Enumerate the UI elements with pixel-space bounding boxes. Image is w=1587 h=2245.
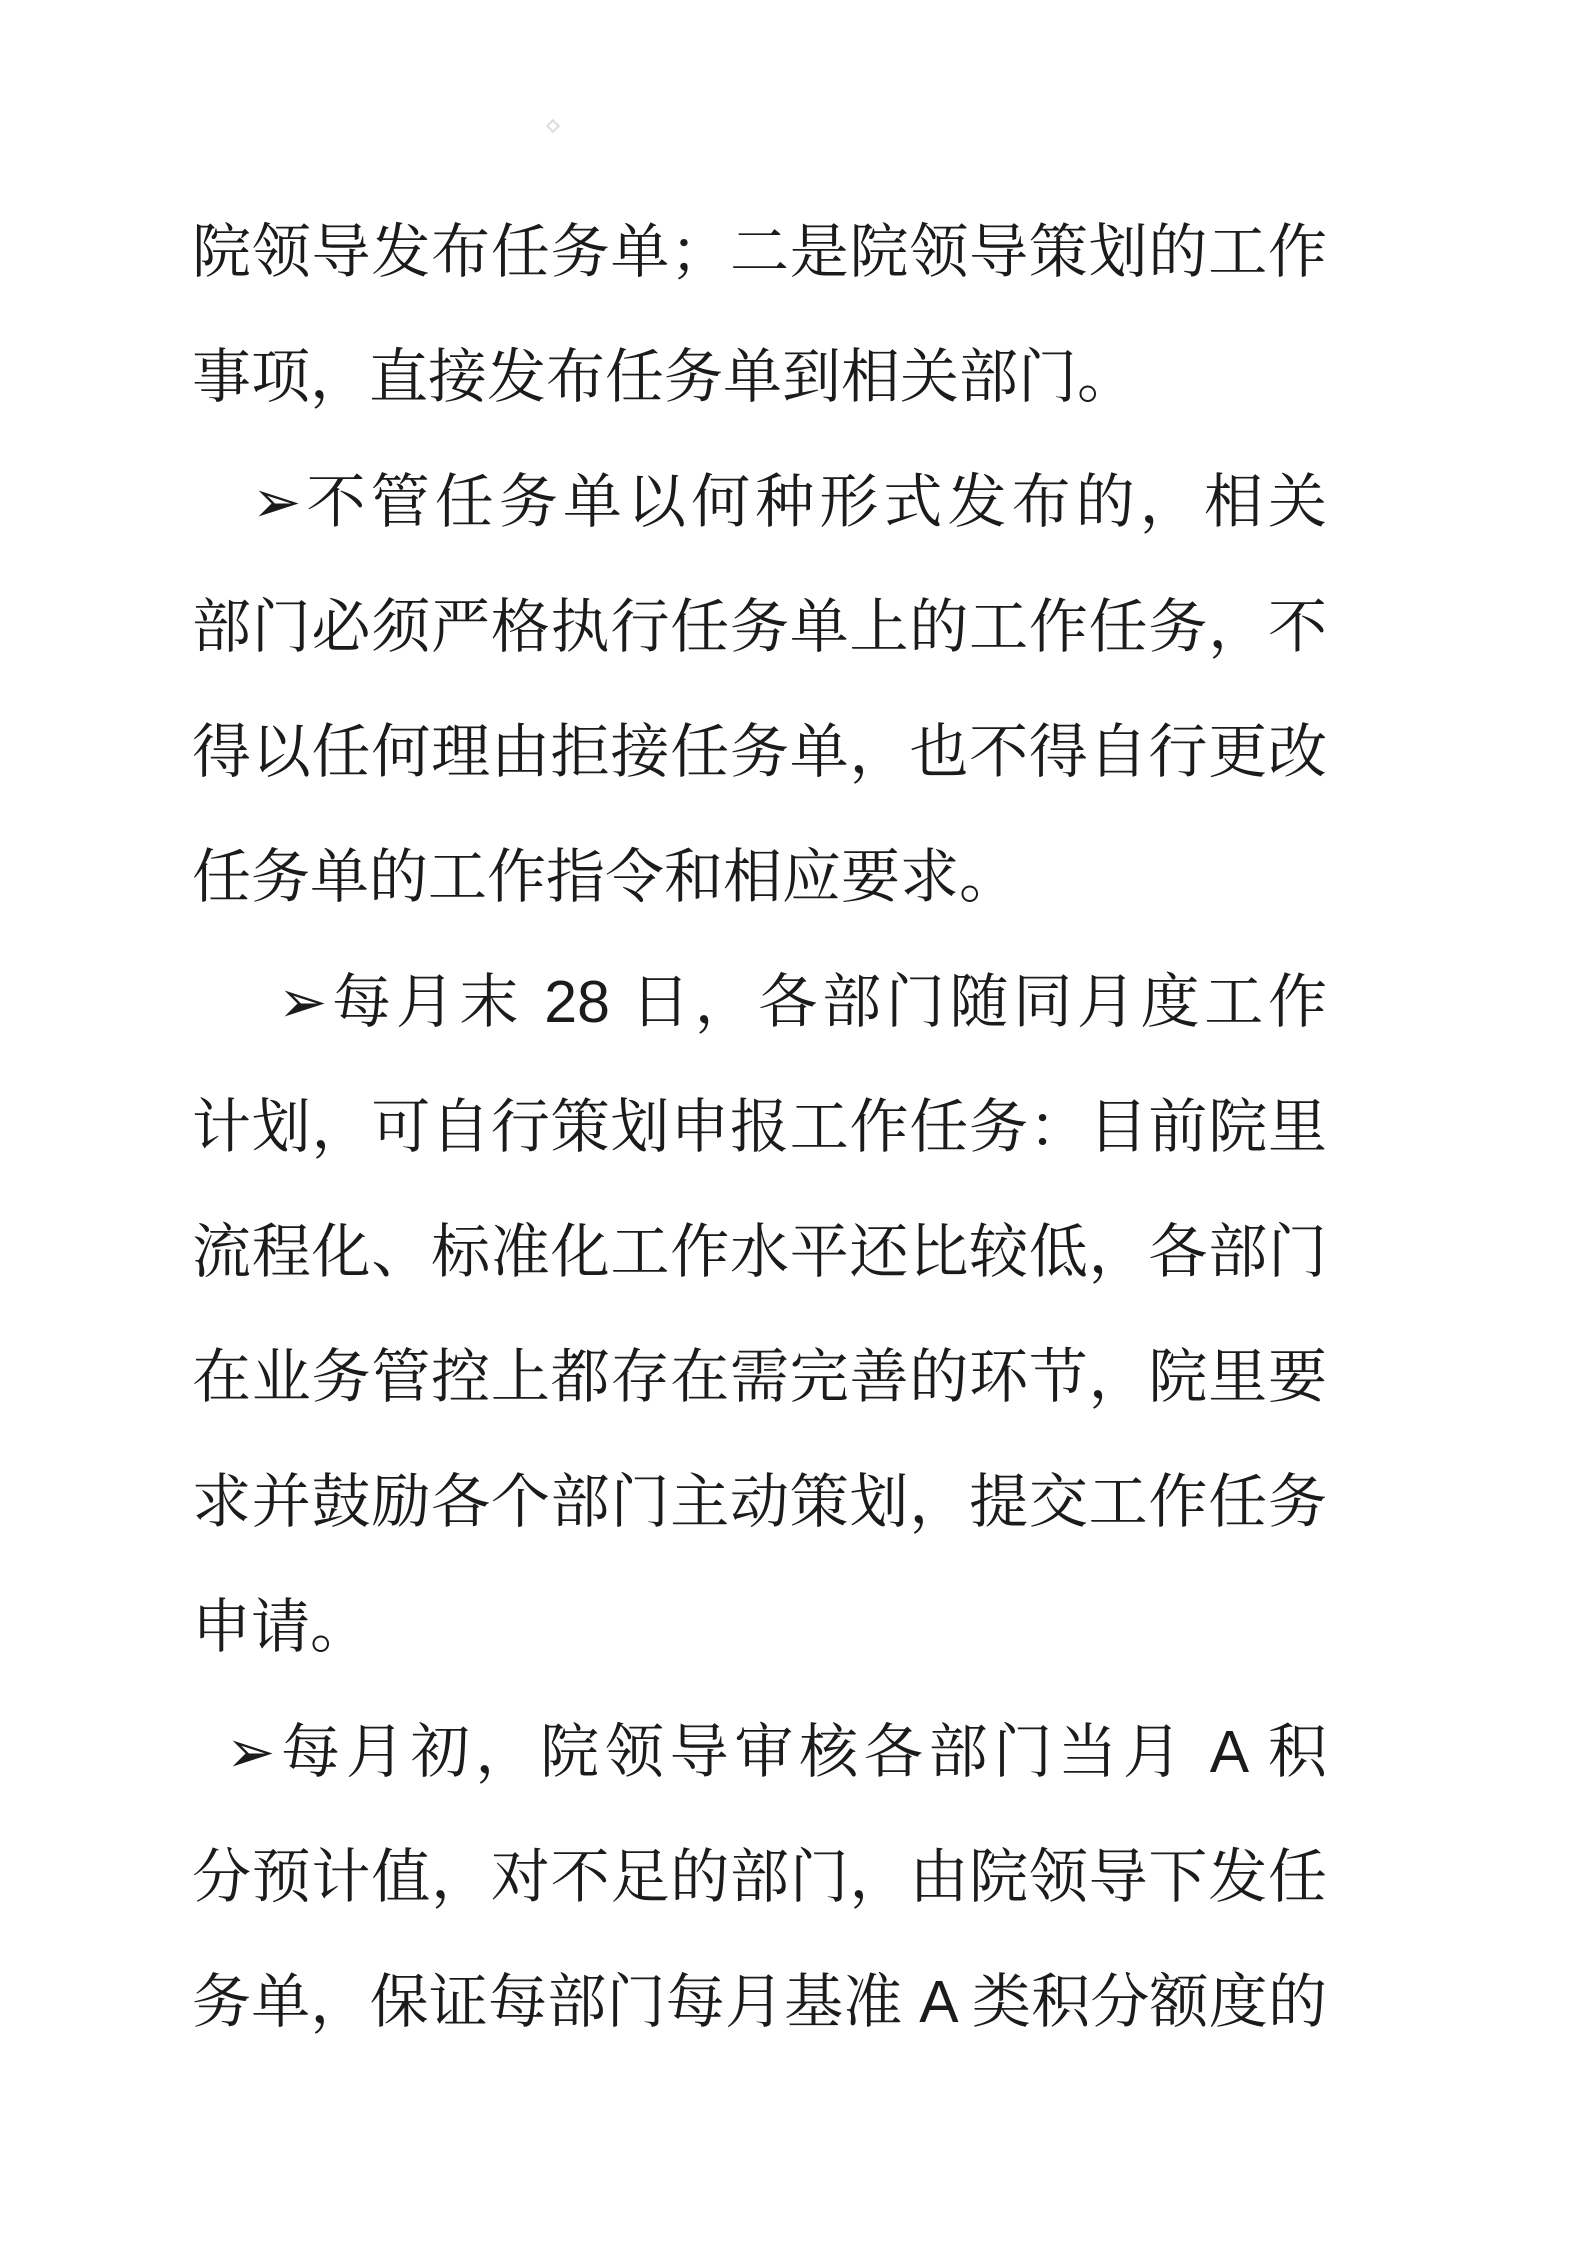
text-line: 在业务管控上都存在需完善的环节，院里要 <box>192 1315 1327 1440</box>
text-line: 求并鼓励各个部门主动策划，提交工作任务 <box>192 1440 1327 1565</box>
text-line: 计划，可自行策划申报工作任务：目前院里 <box>192 1065 1327 1190</box>
scan-artifact-mark <box>546 119 560 133</box>
text-line: 流程化、标准化工作水平还比较低，各部门 <box>192 1190 1327 1315</box>
text-line: 得以任何理由拒接任务单，也不得自行更改 <box>192 690 1327 815</box>
bullet-text-line: ➢每月初，院领导审核各部门当月 A 积 <box>192 1690 1327 1815</box>
page-content: 院领导发布任务单；二是院领导策划的工作 事项，直接发布任务单到相关部门。 ➢不管… <box>192 190 1327 2065</box>
text-line: 任务单的工作指令和相应要求。 <box>192 815 1327 940</box>
text-line: 部门必须严格执行任务单上的工作任务，不 <box>192 565 1327 690</box>
text-line: 申请。 <box>192 1565 1327 1690</box>
text-line: 务单，保证每部门每月基准 A 类积分额度的 <box>192 1940 1327 2065</box>
text-line: 事项，直接发布任务单到相关部门。 <box>192 315 1327 440</box>
document-page: 院领导发布任务单；二是院领导策划的工作 事项，直接发布任务单到相关部门。 ➢不管… <box>0 0 1587 2245</box>
text-line: 分预计值，对不足的部门，由院领导下发任 <box>192 1815 1327 1940</box>
bullet-text-line: ➢每月末 28 日，各部门随同月度工作 <box>192 940 1327 1065</box>
bullet-text-line: ➢不管任务单以何种形式发布的，相关 <box>192 440 1327 565</box>
text-line: 院领导发布任务单；二是院领导策划的工作 <box>192 190 1327 315</box>
